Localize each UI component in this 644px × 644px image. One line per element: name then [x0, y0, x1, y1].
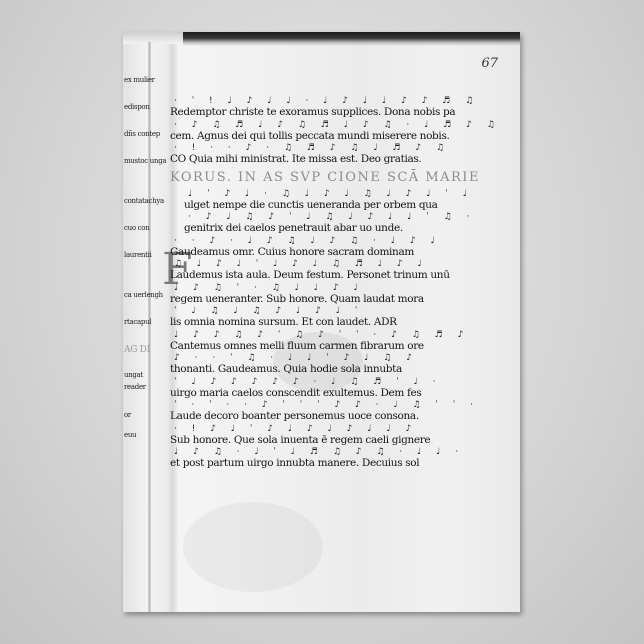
latin-text: uirgo maria caelos conscendit exultemus.…	[170, 387, 421, 400]
rubric-heading: KORUS. IN AS SVP CIONE SCĀ MARIE	[170, 167, 510, 189]
chant-line: ♩ ♪ ♫ ˈ · ♫ ♩ ♩ ♪ ♩ regem ueneranter. Su…	[170, 283, 510, 307]
facing-page-line: cuo con	[123, 224, 153, 232]
chant-line: · ! ♪ ♩ ˈ ♪ ♩ ♪ ♩ ♪ ♩ ♩ ♪ Sub honore. Qu…	[170, 424, 510, 448]
facing-page-line: edispon	[123, 103, 153, 111]
latin-text: genitrix dei caelos penetrauit abar uo u…	[184, 222, 403, 235]
chant-line: · ♪ ♫ ♬ ♩ ♪ ♫ ♬ ♩ ♪ ♫ · ♩ ♬ ♪ ♫ cem. Agn…	[170, 120, 510, 144]
chant-line: · ˈ ! ♩ ♪ ♩ ♩ · ♩ ♪ ♩ ♩ ♪ ♪ ♬ ♫ Redempto…	[170, 96, 510, 120]
latin-text: CO Quia mihi ministrat. Ite missa est. D…	[170, 153, 421, 166]
sequence-block: ♩ ˈ ♪ ♩ · ♫ ♩ ♪ ♩ ♫ ♩ ♪ ♩ ˈ ♩ ulget nemp…	[170, 189, 510, 236]
latin-text: Redemptor christe te exoramus supplices.…	[170, 106, 455, 119]
latin-text: ulget nempe die cunctis ueneranda per or…	[184, 199, 438, 212]
latin-text: Sub honore. Que sola inuenta ē regem cae…	[170, 434, 430, 447]
chant-line: · ♪ ♩ ♫ ♪ ˈ ♩ ♫ ♩ ♪ ♩ ♩ ˈ ♫ · genitrix d…	[184, 212, 510, 236]
chant-line: ˈ ♩ ♫ ♩ ♫ ♪ ♩ ♪ ♩ ˈ lis omnia nomina sur…	[170, 306, 510, 330]
facing-page-line: dñs contep	[123, 130, 153, 138]
chant-line: ♫ ♩ ♪ ♩ ˈ ♩ ♪ ♩ ♫ ♬ ♩ ♪ ♩ Laudemus ista …	[170, 259, 510, 283]
chant-text-block: · ˈ ! ♩ ♪ ♩ ♩ · ♩ ♪ ♩ ♩ ♪ ♪ ♬ ♫ Redempto…	[170, 96, 510, 471]
latin-text: cem. Agnus dei qui tollis peccata mundi …	[170, 130, 449, 143]
latin-text: et post partum uirgo innubta manere. Dec…	[170, 457, 419, 470]
facing-page-shadow	[183, 32, 520, 46]
chant-line: · ! · · ♪ · ♫ ♬ ♪ ♫ ♩ ♬ ♪ ♫ CO Quia mihi…	[170, 143, 510, 167]
facing-page-line: or	[123, 411, 153, 419]
page-top-edge	[123, 32, 183, 44]
facing-page-text-column: ex mulier edispon dñs contep mustoc unga…	[123, 76, 153, 458]
facing-page-line: laurentii	[123, 251, 153, 259]
chant-line: ˈ · ˈ · · ♪ ˈ ˈ ˈ ♪ ♪ · ♩ ♫ ˈ ˈ · Laude …	[170, 400, 510, 424]
facing-page-line: ca uerlengh	[123, 291, 153, 299]
chant-line: ˈ ♩ ♪ ♪ ♪ ♪ ♪ · ♩ ♫ ♬ ˈ ♩ · uirgo maria …	[170, 377, 510, 401]
facing-page-line: ex mulier	[123, 76, 153, 84]
manuscript-poster: 67 ex mulier edispon dñs contep mustoc u…	[123, 32, 520, 612]
facing-page-line: mustoc unga	[123, 157, 153, 165]
latin-text: lis omnia nomina sursum. Et con laudet. …	[170, 316, 397, 329]
facing-page-line: reader	[123, 383, 153, 391]
chant-line: ♩ ♪ ♪ ♫ ♪ ˈ ♫ ♪ ˈ ˈ · ♪ ♫ ♬ ♪ Cantemus o…	[170, 330, 510, 354]
latin-text: Laude decoro boanter personemus uoce con…	[170, 410, 419, 423]
facing-page-line: ungat	[123, 371, 153, 379]
facing-page-rubric: AG DI	[123, 345, 153, 355]
folio-number: 67	[481, 56, 498, 71]
latin-text: Cantemus omnes melli fluum carmen fibrar…	[170, 340, 424, 353]
facing-page-line: euu	[123, 431, 153, 439]
facing-page-line: contatachya	[123, 197, 153, 205]
chant-line: ♩ ˈ ♪ ♩ · ♫ ♩ ♪ ♩ ♫ ♩ ♪ ♩ ˈ ♩ ulget nemp…	[184, 189, 510, 213]
parchment-stain	[183, 502, 323, 592]
facing-page-line: rtacapul	[123, 318, 153, 326]
chant-line: · · ♪ · ♩ ♪ ♫ ♩ ♪ ♫ · ♩ ♪ ♩ Gaudeamus om…	[170, 236, 510, 260]
latin-text: thonanti. Gaudeamus. Quia hodie sola inn…	[170, 363, 402, 376]
chant-line: ♪ · · ˈ ♫ · ♩ ♩ ˈ ♪ ♩ ♫ ♪ thonanti. Gaud…	[170, 353, 510, 377]
latin-text: Gaudeamus omr. Cuius honore sacram domin…	[170, 246, 414, 259]
latin-text: Laudemus ista aula. Deum festum. Persone…	[170, 269, 450, 282]
latin-text: regem ueneranter. Sub honore. Quam lauda…	[170, 293, 424, 306]
chant-line: ♩ ♪ ♫ · ♩ ˈ ♩ ♬ ♫ ♪ ♫ · ♩ ♩ · et post pa…	[170, 447, 510, 471]
